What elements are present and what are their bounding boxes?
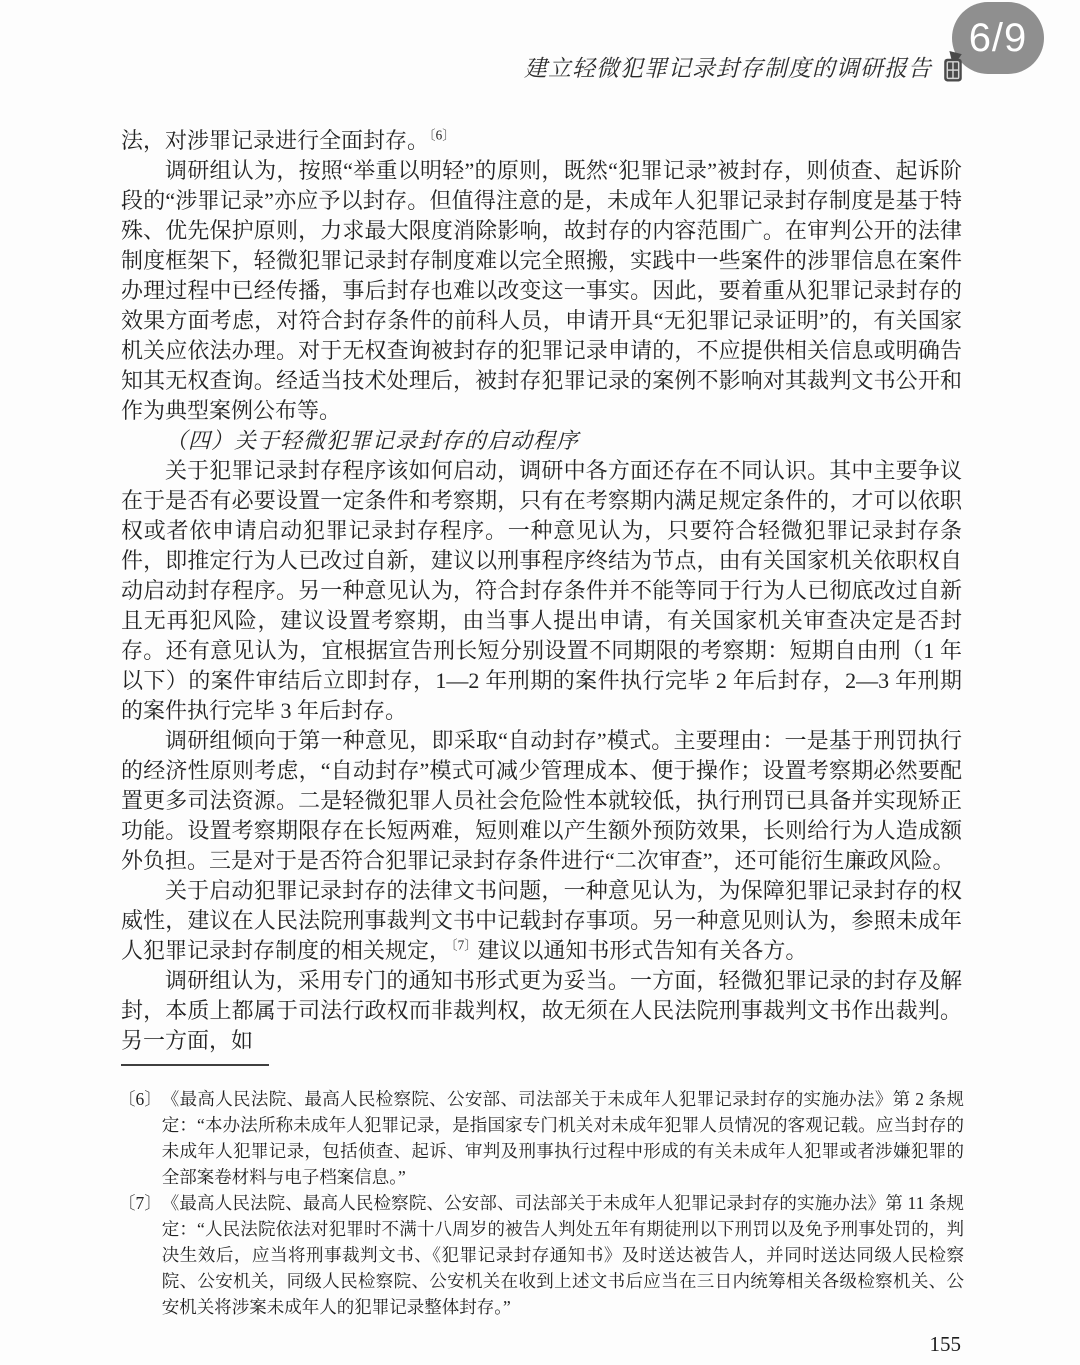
footnote-text: 《最高人民法院、最高人民检察院、公安部、司法部关于未成年人犯罪记录封存的实施办法… (162, 1190, 964, 1320)
footnote-ref-6: 〔6〕 (429, 128, 455, 143)
footnote-6: 〔6〕 《最高人民法院、最高人民检察院、公安部、司法部关于未成年人犯罪记录封存的… (118, 1086, 964, 1190)
body-paragraph: 关于犯罪记录封存程序该如何启动，调研中各方面还存在不同认识。其中主要争议在于是否… (121, 456, 962, 726)
body-paragraph: 调研组倾向于第一种意见，即采取“自动封存”模式。主要理由：一是基于刑罚执行的经济… (121, 726, 962, 876)
footnote-marker: 〔7〕 (118, 1190, 162, 1320)
footnotes-section: 〔6〕 《最高人民法院、最高人民检察院、公安部、司法部关于未成年人犯罪记录封存的… (118, 1086, 964, 1320)
running-header-title: 建立轻微犯罪记录封存制度的调研报告 (524, 50, 932, 83)
body-paragraph: 调研组认为，采用专门的通知书形式更为妥当。一方面，轻微犯罪记录的封存及解封，本质… (121, 966, 962, 1056)
paragraph-text: 建议以通知书形式告知有关各方。 (477, 938, 807, 963)
footnote-text: 《最高人民法院、最高人民检察院、公安部、司法部关于未成年人犯罪记录封存的实施办法… (162, 1086, 964, 1190)
paragraph-text: 法，对涉罪记录进行全面封存。 (121, 128, 429, 153)
footnote-marker: 〔6〕 (118, 1086, 162, 1190)
footnote-divider (121, 1064, 269, 1066)
document-page: 6/9 建立轻微犯罪记录封存制度的调研报告 法，对涉罪记录进行全面封存。〔6〕 … (0, 0, 1080, 1365)
publisher-seal-icon (941, 51, 966, 83)
document-body: 法，对涉罪记录进行全面封存。〔6〕 调研组认为，按照“举重以明轻”的原则，既然“… (121, 126, 962, 1056)
body-paragraph-continuation: 法，对涉罪记录进行全面封存。〔6〕 (121, 126, 962, 156)
running-header: 建立轻微犯罪记录封存制度的调研报告 (524, 50, 966, 83)
body-paragraph: 调研组认为，按照“举重以明轻”的原则，既然“犯罪记录”被封存，则侦查、起诉阶段的… (121, 156, 962, 426)
body-paragraph: 关于启动犯罪记录封存的法律文书问题，一种意见认为，为保障犯罪记录封存的权威性，建… (121, 876, 962, 966)
footnote-7: 〔7〕 《最高人民法院、最高人民检察院、公安部、司法部关于未成年人犯罪记录封存的… (118, 1190, 964, 1320)
footnote-ref-7: 〔7〕 (451, 938, 477, 953)
page-number: 155 (930, 1332, 962, 1357)
page-progress-label: 6/9 (969, 16, 1028, 61)
section-heading: （四）关于轻微犯罪记录封存的启动程序 (121, 426, 962, 456)
